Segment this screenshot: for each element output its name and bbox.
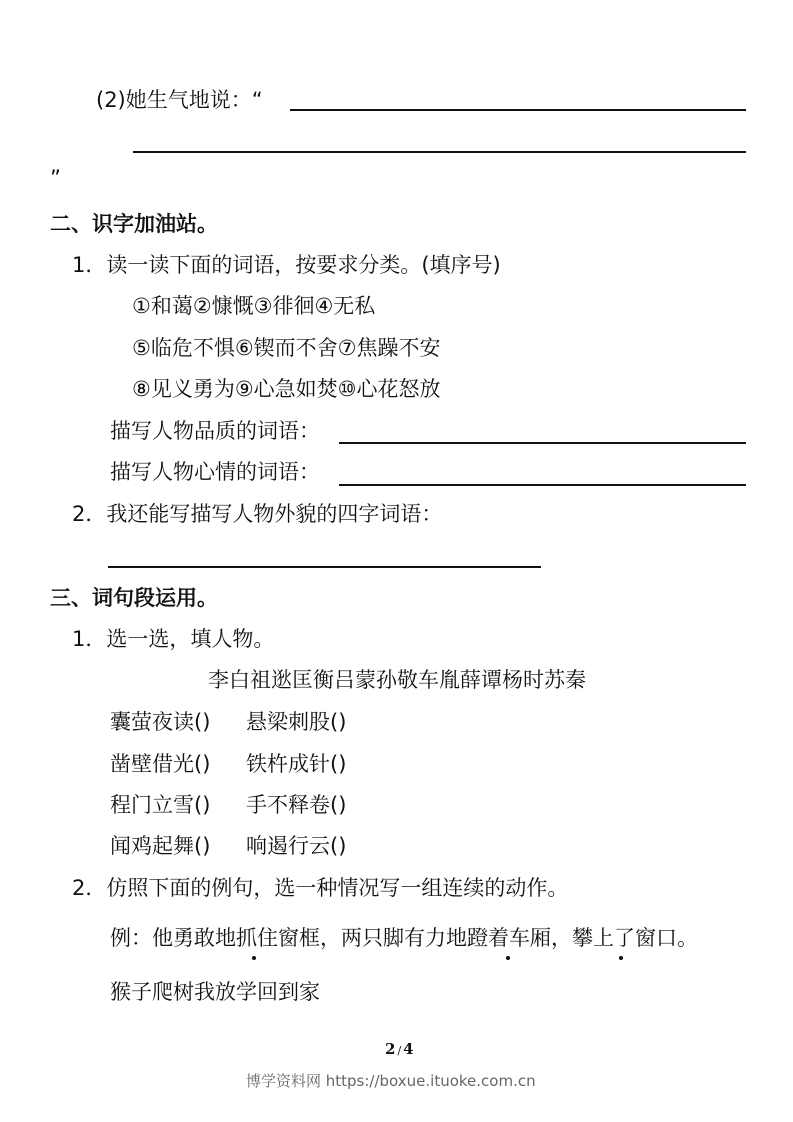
emphasized-char: 抓 bbox=[236, 926, 257, 950]
example-sentence: 例：他勇敢地抓住窗框，两只脚有力地蹬着车厢，攀上了窗口。 bbox=[110, 924, 698, 952]
scenario-options: 猴子爬树我放学回到家 bbox=[110, 978, 320, 1006]
page-total: 4 bbox=[403, 1040, 413, 1058]
appearance-answer-line[interactable] bbox=[108, 566, 541, 568]
name-bank: 李白祖逖匡衡吕蒙孙敬车胤薛谭杨时苏秦 bbox=[208, 666, 586, 694]
quality-words-label: 描写人物品质的词语： bbox=[110, 417, 320, 445]
emphasis-dot-icon bbox=[619, 956, 623, 960]
section-title: 二、识字加油站。 bbox=[50, 210, 218, 238]
quality-answer-line[interactable] bbox=[339, 442, 746, 444]
example-prefix: 例： bbox=[110, 926, 152, 950]
answer-line[interactable] bbox=[133, 151, 746, 153]
question-label: 2．我还能写描写人物外貌的四字词语： bbox=[72, 500, 442, 528]
page-separator: / bbox=[397, 1044, 401, 1057]
example-text: 上了窗口。 bbox=[593, 926, 698, 950]
emphasized-char: 攀 bbox=[572, 926, 593, 950]
emphasis-dot-icon bbox=[252, 956, 256, 960]
question-label: 1．读一读下面的词语，按要求分类。(填序号) bbox=[72, 251, 501, 279]
idiom-item[interactable]: 铁杵成针() bbox=[246, 750, 346, 778]
word-list-row: ⑧见义勇为⑨心急如焚⑩心花怒放 bbox=[132, 375, 440, 403]
close-quote: ” bbox=[50, 164, 61, 192]
emphasized-char: 蹬 bbox=[467, 926, 488, 950]
mood-answer-line[interactable] bbox=[339, 484, 746, 486]
idiom-item[interactable]: 闻鸡起舞() bbox=[110, 832, 210, 860]
idiom-item[interactable]: 响遏行云() bbox=[246, 832, 346, 860]
idiom-item[interactable]: 程门立雪() bbox=[110, 791, 210, 819]
idiom-item[interactable]: 手不释卷() bbox=[246, 791, 346, 819]
section-title: 三、词句段运用。 bbox=[50, 584, 218, 612]
idiom-item[interactable]: 囊萤夜读() bbox=[110, 708, 210, 736]
site-footer: 博学资料网 https://boxue.ituoke.com.cn bbox=[246, 1070, 536, 1091]
example-text: 住窗框，两只脚有力地 bbox=[257, 926, 467, 950]
idiom-item[interactable]: 凿壁借光() bbox=[110, 750, 210, 778]
item-2-prompt: (2)她生气地说：“ bbox=[96, 86, 263, 114]
example-text: 他勇敢地 bbox=[152, 926, 236, 950]
question-label: 1．选一选，填人物。 bbox=[72, 625, 274, 653]
answer-line[interactable] bbox=[290, 109, 746, 111]
page-number: 2/4 bbox=[385, 1040, 414, 1058]
word-list-row: ⑤临危不惧⑥锲而不舍⑦焦躁不安 bbox=[132, 334, 440, 362]
mood-words-label: 描写人物心情的词语： bbox=[110, 458, 320, 486]
question-label: 2．仿照下面的例句，选一种情况写一组连续的动作。 bbox=[72, 874, 568, 902]
emphasis-dot-icon bbox=[506, 956, 510, 960]
idiom-item[interactable]: 悬梁刺股() bbox=[246, 708, 346, 736]
page-current: 2 bbox=[385, 1040, 395, 1058]
example-text: 着车厢， bbox=[488, 926, 572, 950]
word-list-row: ①和蔼②慷慨③徘徊④无私 bbox=[132, 292, 375, 320]
